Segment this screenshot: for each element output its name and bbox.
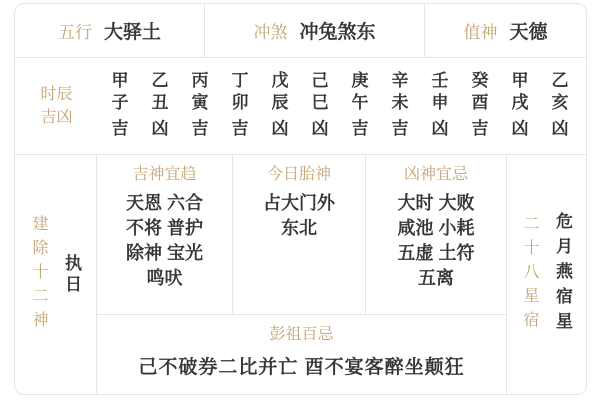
gods-row: 建除十二神 执日 吉神宜趋 天恩 六合 不将 普护 除神 宝光 鸣吠 今日胎神 xyxy=(15,155,586,394)
constellation-value: 危月燕宿星 xyxy=(550,212,575,337)
hour-column: 乙亥 凶 xyxy=(546,71,571,141)
fetal-god-title: 今日胎神 xyxy=(233,164,365,186)
hour-luck: 凶 xyxy=(146,119,171,141)
hour-column: 甲戌 凶 xyxy=(506,71,531,141)
almanac-table: 五行 大驿土 冲煞 冲兔煞东 值神 天德 时辰 吉凶 甲子 吉 乙丑 凶 xyxy=(14,3,587,395)
hour-luck: 吉 xyxy=(186,119,211,141)
summary-row: 五行 大驿土 冲煞 冲兔煞东 值神 天德 xyxy=(15,4,586,58)
zhishen-label: 值神 xyxy=(463,18,497,43)
wuxing-value: 大驿土 xyxy=(104,17,161,44)
gods-cells: 吉神宜趋 天恩 六合 不将 普护 除神 宝光 鸣吠 今日胎神 占大门外 东北 xyxy=(97,155,506,315)
hour-luck: 吉 xyxy=(466,119,491,141)
hour-column: 庚午 吉 xyxy=(346,71,371,141)
hour-luck: 吉 xyxy=(346,119,371,141)
hour-ganzhi: 乙丑 xyxy=(146,71,171,115)
fetal-god-position: 占大门外 东北 xyxy=(233,191,365,241)
constellation-cell: 二十八星宿 危月燕宿星 xyxy=(506,155,586,394)
hours-label: 时辰 吉凶 xyxy=(15,83,98,129)
wuxing-label: 五行 xyxy=(58,18,92,43)
gods-middle: 吉神宜趋 天恩 六合 不将 普护 除神 宝光 鸣吠 今日胎神 占大门外 东北 xyxy=(97,155,506,394)
hour-luck: 凶 xyxy=(506,119,531,141)
hour-column: 乙丑 凶 xyxy=(146,71,171,141)
hour-column: 辛未 吉 xyxy=(386,71,411,141)
hour-column: 丙寅 吉 xyxy=(186,71,211,141)
hour-luck: 吉 xyxy=(106,119,131,141)
zhishen-value: 天德 xyxy=(509,17,547,44)
hour-column: 己巳 凶 xyxy=(306,71,331,141)
hour-column: 癸酉 吉 xyxy=(466,71,491,141)
hours-row: 时辰 吉凶 甲子 吉 乙丑 凶 丙寅 吉 丁卯 吉 戊辰 凶 xyxy=(15,58,586,155)
jianchu-title: 建除十二神 xyxy=(27,215,50,335)
hour-column: 戊辰 凶 xyxy=(266,71,291,141)
constellation-title: 二十八星宿 xyxy=(518,215,541,335)
zhishen-cell: 值神 天德 xyxy=(425,4,586,57)
hour-column: 甲子 吉 xyxy=(106,71,131,141)
hour-luck: 凶 xyxy=(306,119,331,141)
hour-ganzhi: 乙亥 xyxy=(546,71,571,115)
pengzu-cell: 彭祖百忌 己不破券二比并亡 酉不宴客醉坐颠狂 xyxy=(97,315,506,394)
hour-ganzhi: 壬申 xyxy=(426,71,451,115)
pengzu-title: 彭祖百忌 xyxy=(97,324,506,346)
inauspicious-gods-title: 凶神宜忌 xyxy=(366,164,506,186)
hour-luck: 吉 xyxy=(226,119,251,141)
pengzu-text: 己不破券二比并亡 酉不宴客醉坐颠狂 xyxy=(97,352,506,379)
chongsha-label: 冲煞 xyxy=(253,18,287,43)
hour-ganzhi: 丁卯 xyxy=(226,71,251,115)
hour-ganzhi: 甲戌 xyxy=(506,71,531,115)
inauspicious-gods-cell: 凶神宜忌 大时 大败 咸池 小耗 五虚 土符 五离 xyxy=(366,155,506,314)
chongsha-value: 冲兔煞东 xyxy=(299,17,375,44)
hour-luck: 吉 xyxy=(386,119,411,141)
hour-ganzhi: 己巳 xyxy=(306,71,331,115)
hour-ganzhi: 辛未 xyxy=(386,71,411,115)
hour-column: 丁卯 吉 xyxy=(226,71,251,141)
hour-ganzhi: 甲子 xyxy=(106,71,131,115)
hour-ganzhi: 戊辰 xyxy=(266,71,291,115)
auspicious-gods-title: 吉神宜趋 xyxy=(97,164,232,186)
hour-ganzhi: 丙寅 xyxy=(186,71,211,115)
hour-luck: 凶 xyxy=(266,119,291,141)
auspicious-gods-cell: 吉神宜趋 天恩 六合 不将 普护 除神 宝光 鸣吠 xyxy=(97,155,233,314)
hours-columns: 甲子 吉 乙丑 凶 丙寅 吉 丁卯 吉 戊辰 凶 己巳 凶 xyxy=(98,71,586,141)
chongsha-cell: 冲煞 冲兔煞东 xyxy=(205,4,425,57)
hour-luck: 凶 xyxy=(546,119,571,141)
jianchu-value: 执日 xyxy=(59,254,84,296)
wuxing-cell: 五行 大驿土 xyxy=(15,4,205,57)
hour-ganzhi: 癸酉 xyxy=(466,71,491,115)
inauspicious-gods-list: 大时 大败 咸池 小耗 五虚 土符 五离 xyxy=(366,191,506,291)
hour-ganzhi: 庚午 xyxy=(346,71,371,115)
auspicious-gods-list: 天恩 六合 不将 普护 除神 宝光 鸣吠 xyxy=(97,191,232,291)
hour-column: 壬申 凶 xyxy=(426,71,451,141)
hour-luck: 凶 xyxy=(426,119,451,141)
jianchu-cell: 建除十二神 执日 xyxy=(15,155,97,394)
fetal-god-cell: 今日胎神 占大门外 东北 xyxy=(233,155,366,314)
